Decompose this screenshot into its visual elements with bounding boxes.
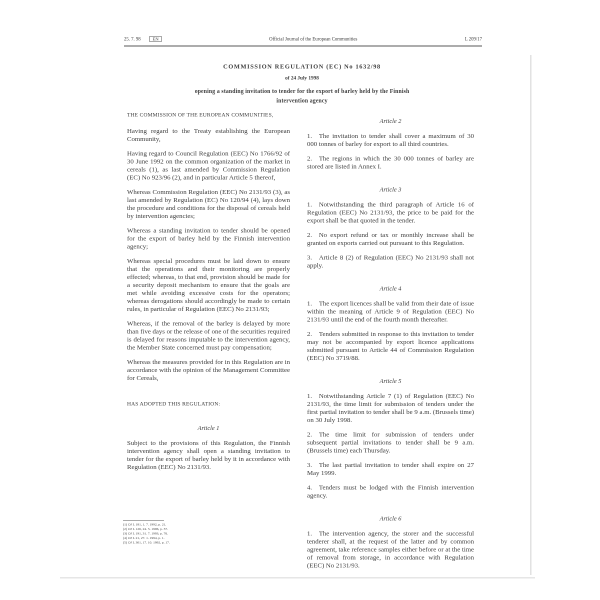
recital-1: Having regard to the Treaty establishing… bbox=[127, 127, 290, 143]
journal-name: Official Journal of the European Communi… bbox=[162, 37, 465, 42]
document-sheet: 25. 7. 98 EN Official Journal of the Eur… bbox=[0, 0, 600, 600]
recital-4: Whereas a standing invitation to tender … bbox=[127, 227, 290, 251]
regulation-date-line: of 24 July 1998 bbox=[125, 76, 479, 82]
article-3-paragraph-1: 1. Notwithstanding the third paragraph o… bbox=[307, 201, 474, 225]
regulation-title: COMMISSION REGULATION (EC) No 1632/98 bbox=[125, 63, 479, 71]
footnotes-block: (1) OJ L 181, 1. 7. 1992, p. 21. (2) OJ … bbox=[123, 520, 273, 545]
article-5-paragraph-2: 2. The time limit for submission of tend… bbox=[307, 431, 474, 455]
article-3-heading: Article 3 bbox=[307, 186, 474, 194]
article-3-paragraph-3: 3. Article 8 (2) of Regulation (EEC) No … bbox=[307, 254, 474, 270]
article-5-paragraph-3: 3. The last partial invitation to tender… bbox=[307, 461, 474, 477]
page-header: 25. 7. 98 EN Official Journal of the Eur… bbox=[124, 36, 482, 47]
page-reference: L 209/17 bbox=[465, 37, 482, 42]
enacting-formula: HAS ADOPTED THIS REGULATION: bbox=[127, 400, 290, 408]
footnote-5: (5) OJ L 301, 17. 10. 1992, p. 17. bbox=[123, 541, 273, 546]
regulation-title-block: COMMISSION REGULATION (EC) No 1632/98 of… bbox=[125, 63, 479, 106]
right-column: Article 2 1. The invitation to tender sh… bbox=[307, 117, 474, 576]
article-1-text: Subject to the provisions of this Regula… bbox=[127, 439, 290, 471]
article-5-heading: Article 5 bbox=[307, 377, 474, 385]
article-5-paragraph-1: 1. Notwithstanding Article 7 (1) of Regu… bbox=[307, 392, 474, 424]
article-5-paragraph-4: 4. Tenders must be lodged with the Finni… bbox=[307, 484, 474, 500]
recital-5: Whereas special procedures must be laid … bbox=[127, 257, 290, 313]
article-3-paragraph-2: 2. No export refund or tax or monthly in… bbox=[307, 231, 474, 247]
preamble-intro: THE COMMISSION OF THE EUROPEAN COMMUNITI… bbox=[127, 111, 290, 119]
recital-7: Whereas the measures provided for in thi… bbox=[127, 358, 290, 382]
article-6-heading: Article 6 bbox=[307, 515, 474, 523]
recital-3: Whereas Commission Regulation (EEC) No 2… bbox=[127, 188, 290, 220]
left-column: THE COMMISSION OF THE EUROPEAN COMMUNITI… bbox=[127, 111, 290, 478]
article-2-paragraph-2: 2. The regions in which the 30 000 tonne… bbox=[307, 155, 474, 171]
scanned-document-page: 25. 7. 98 EN Official Journal of the Eur… bbox=[0, 0, 600, 600]
article-4-paragraph-2: 2. Tenders submitted in response to this… bbox=[307, 330, 474, 362]
page-edge-shadow-bottom bbox=[60, 577, 535, 579]
page-edge-shadow-right bbox=[530, 55, 532, 575]
article-1-heading: Article 1 bbox=[127, 424, 290, 432]
regulation-subtitle: opening a standing invitation to tender … bbox=[185, 87, 420, 106]
article-2-paragraph-1: 1. The invitation to tender shall cover … bbox=[307, 132, 474, 148]
recital-2: Having regard to Council Regulation (EEC… bbox=[127, 150, 290, 182]
article-4-paragraph-1: 1. The export licences shall be valid fr… bbox=[307, 300, 474, 324]
recital-6: Whereas, if the removal of the barley is… bbox=[127, 320, 290, 352]
language-badge: EN bbox=[150, 36, 162, 42]
footnote-rule bbox=[123, 520, 164, 521]
article-4-heading: Article 4 bbox=[307, 285, 474, 293]
article-6-paragraph-1: 1. The intervention agency, the storer a… bbox=[307, 530, 474, 570]
article-2-heading: Article 2 bbox=[307, 117, 474, 125]
header-date: 25. 7. 98 bbox=[124, 37, 141, 42]
